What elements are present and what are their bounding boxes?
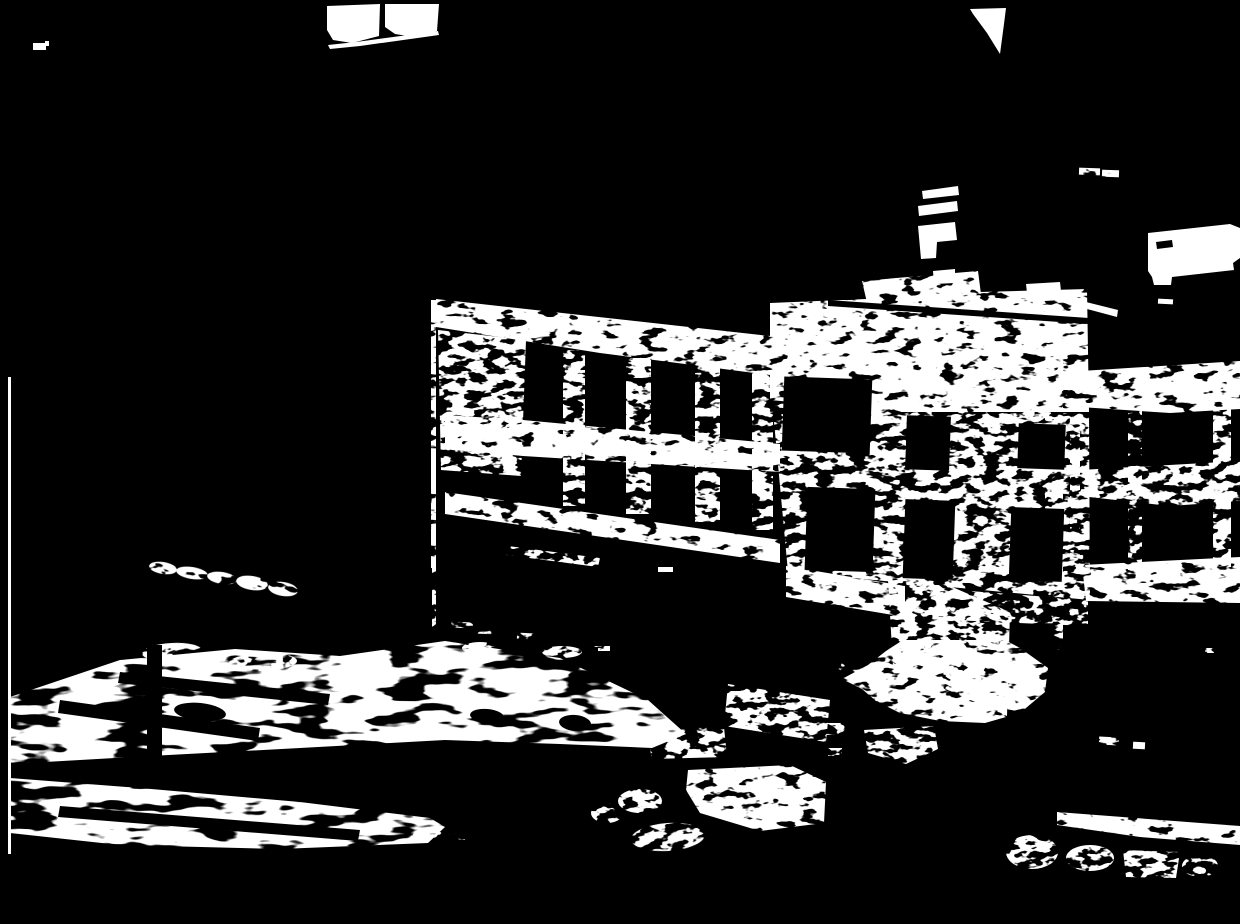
floor-arrow-mark xyxy=(658,567,673,572)
floor-blob-b xyxy=(1066,845,1114,871)
rack2-post-b xyxy=(1128,405,1142,570)
cart-side-bit-a xyxy=(826,723,846,735)
rack2-top-dash xyxy=(1158,299,1173,305)
floor-speck-f xyxy=(1205,648,1214,653)
floor-blob-c xyxy=(1123,850,1180,878)
rack2-post-a xyxy=(1070,404,1080,570)
floor-dash-a xyxy=(1099,736,1119,745)
floor-speck-e xyxy=(591,641,605,647)
top-left-mark-tick xyxy=(45,41,49,46)
table-gap-shadow xyxy=(147,645,162,761)
table-right-patch-a xyxy=(646,727,727,759)
floor-blob-d xyxy=(1182,855,1218,877)
bin-opening-a2 xyxy=(905,415,951,471)
scene-image xyxy=(0,0,1240,924)
shape-root xyxy=(0,0,1240,924)
floor-speck-row-c xyxy=(517,633,533,640)
shelf-left-post-lower xyxy=(432,568,436,630)
wall-dash-a xyxy=(1079,168,1100,176)
table-center-blob-c xyxy=(591,803,623,823)
table-center-blob-a xyxy=(618,789,662,813)
floor-speck-row-b xyxy=(478,629,492,635)
floor-speck-row-a xyxy=(451,621,473,628)
rack2-post-c xyxy=(1213,405,1231,567)
bin-opening-a3 xyxy=(1017,423,1066,470)
table-edge-blob-c xyxy=(462,642,498,654)
bin-opening-a1 xyxy=(782,376,873,453)
floor-dash-b xyxy=(1133,742,1145,750)
bin-opening-b2 xyxy=(903,499,956,580)
shelf-left-post xyxy=(431,300,436,568)
binarized-photo xyxy=(0,0,1240,924)
wall-dash-b xyxy=(1102,170,1119,178)
bin-opening-b1 xyxy=(805,487,876,572)
floor-blob-a xyxy=(1006,835,1058,869)
window-highlight-a xyxy=(327,4,380,43)
shelf-top-box-b xyxy=(1026,282,1062,302)
bin-opening-b3 xyxy=(1009,507,1065,582)
table-edge-blob-d xyxy=(542,646,582,658)
top-left-mark xyxy=(33,43,46,50)
shelf-right-post xyxy=(1045,330,1063,650)
cart-side-bit-b xyxy=(828,748,842,756)
